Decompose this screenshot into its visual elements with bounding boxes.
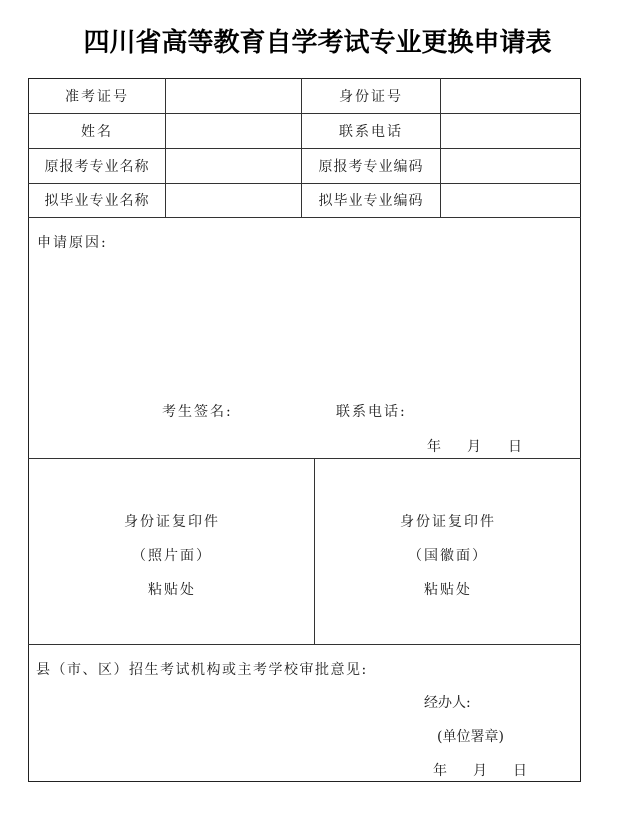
original-major-name-field[interactable] [167, 149, 300, 183]
section-divider [28, 458, 581, 459]
id-number-field[interactable] [442, 79, 580, 113]
reason-textarea[interactable] [36, 254, 578, 398]
label-intended-major-code: 拟毕业专业编码 [302, 184, 440, 219]
section-divider [28, 644, 581, 645]
exam-number-field[interactable] [167, 79, 300, 113]
label-exam-number: 准考证号 [29, 80, 165, 115]
original-major-code-field[interactable] [442, 149, 580, 183]
label-phone: 联系电话 [302, 115, 440, 150]
id-front-paste-area[interactable]: 身份证复印件 （照片面） 粘贴处 [30, 505, 314, 607]
reason-phone-label: 联系电话: [336, 401, 407, 421]
label-name: 姓名 [29, 115, 165, 150]
id-back-line2: （国徽面） [316, 539, 580, 573]
reason-date-month: 月 [467, 436, 483, 456]
reason-label: 申请原因: [37, 232, 108, 252]
label-original-major-name: 原报考专业名称 [29, 150, 165, 185]
intended-major-name-field[interactable] [167, 183, 300, 217]
id-back-line1: 身份证复印件 [316, 505, 580, 539]
reason-date-year: 年 [427, 436, 443, 456]
id-back-line3: 粘贴处 [316, 573, 580, 607]
label-original-major-code: 原报考专业编码 [302, 150, 440, 185]
approval-date-year: 年 [433, 760, 449, 780]
approval-textarea[interactable] [36, 682, 420, 776]
stamp-label: (单位署章) [437, 726, 504, 746]
id-back-paste-area[interactable]: 身份证复印件 （国徽面） 粘贴处 [316, 505, 580, 607]
label-id-number: 身份证号 [302, 80, 440, 115]
approval-label: 县（市、区）招生考试机构或主考学校审批意见: [36, 659, 368, 679]
signature-label: 考生签名: [162, 401, 233, 421]
id-copy-divider [314, 458, 315, 644]
form-title: 四川省高等教育自学考试专业更换申请表 [0, 22, 635, 59]
column-divider [440, 78, 441, 217]
id-front-line1: 身份证复印件 [30, 505, 314, 539]
approval-date-month: 月 [473, 760, 489, 780]
reason-date-day: 日 [508, 436, 524, 456]
approval-date-day: 日 [513, 760, 529, 780]
name-field[interactable] [167, 114, 300, 148]
intended-major-code-field[interactable] [442, 183, 580, 217]
column-divider [165, 78, 166, 217]
phone-field[interactable] [442, 114, 580, 148]
id-front-line2: （照片面） [30, 539, 314, 573]
id-front-line3: 粘贴处 [30, 573, 314, 607]
handler-label: 经办人: [424, 692, 471, 712]
label-intended-major-name: 拟毕业专业名称 [29, 184, 165, 219]
